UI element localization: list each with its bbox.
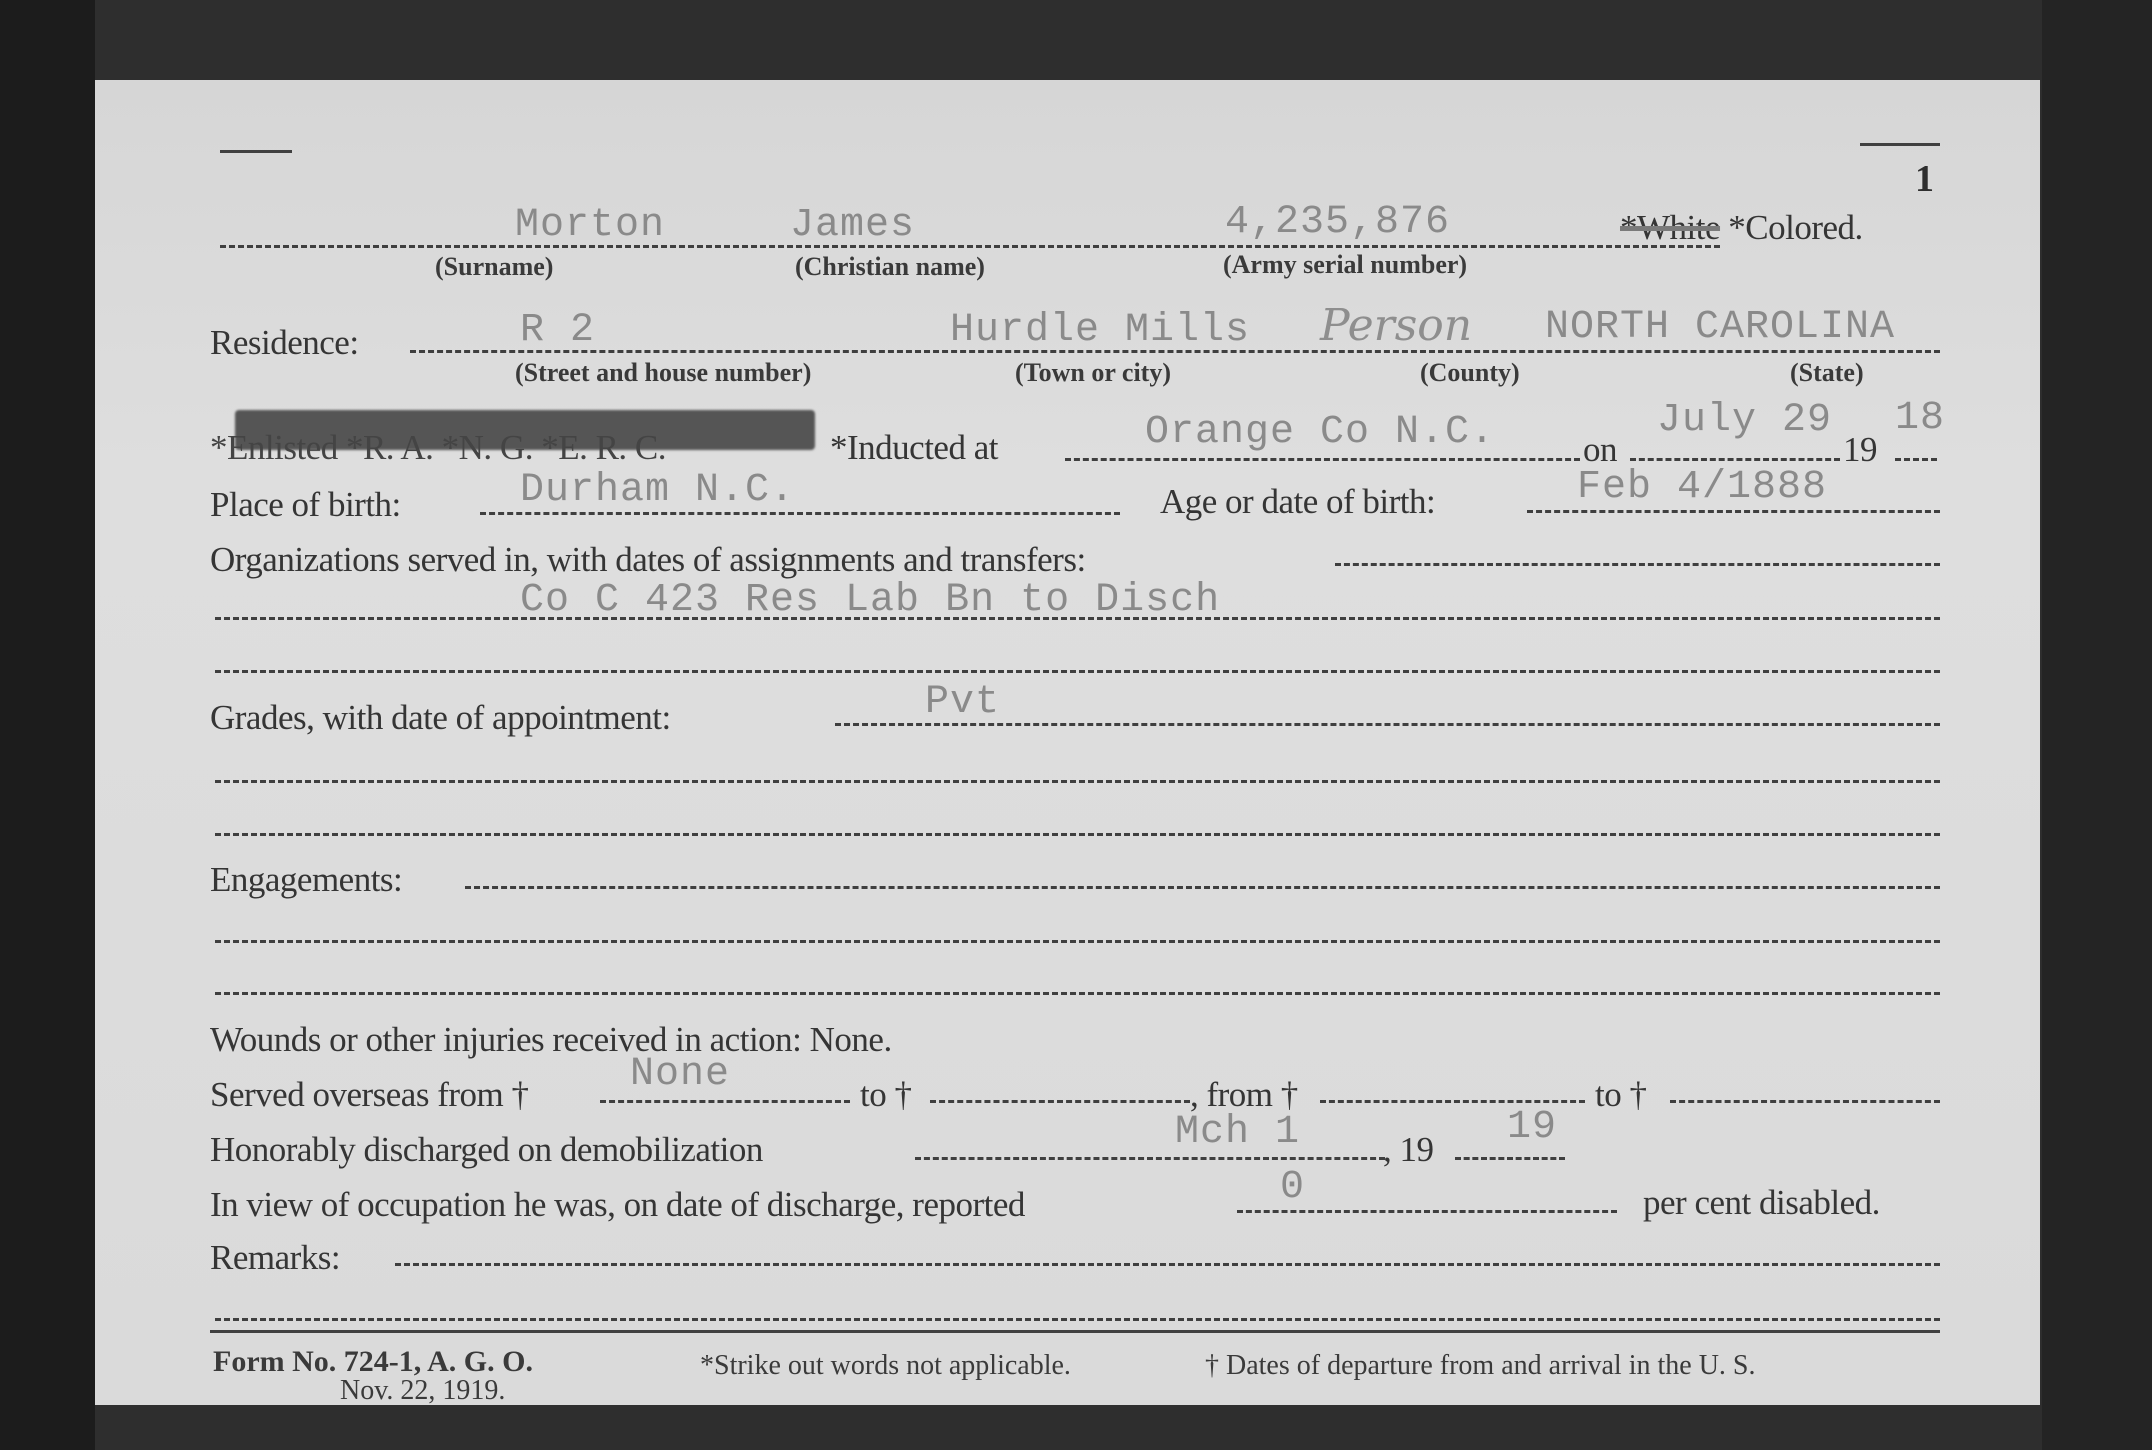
year-line [1895, 458, 1937, 461]
discharge-date-line [915, 1157, 1385, 1160]
disability-value: 0 [1280, 1165, 1305, 1210]
grades-label: Grades, with date of appointment: [210, 698, 671, 738]
residence-label: Residence: [210, 323, 359, 363]
date-of-birth-line [1527, 510, 1940, 513]
corner-mark-right [1860, 143, 1940, 146]
organizations-line-2 [215, 617, 1940, 620]
overseas-to-label: to † [860, 1075, 911, 1115]
race-white-struck: *White [1620, 208, 1720, 247]
overseas-from2-line [1320, 1100, 1585, 1103]
on-label: on [1583, 430, 1617, 470]
overseas-from-line [600, 1100, 850, 1103]
street-caption: (Street and house number) [515, 358, 811, 388]
town-caption: (Town or city) [1015, 358, 1171, 388]
grades-line-3 [215, 833, 1940, 836]
surname-caption: (Surname) [435, 252, 553, 282]
surname-value: Morton [515, 203, 665, 248]
discharge-year-prefix: , 19 [1383, 1130, 1434, 1170]
form-date: Nov. 22, 1919. [340, 1375, 505, 1407]
overseas-to2-line [1670, 1100, 1940, 1103]
grades-value: Pvt [925, 680, 1000, 725]
form-number: Form No. 724-1, A. G. O. [213, 1345, 533, 1379]
inducted-at-value: Orange Co N.C. [1145, 410, 1495, 455]
christian-caption: (Christian name) [795, 252, 985, 282]
organizations-line-1 [1335, 563, 1940, 566]
scan-border-left [0, 0, 95, 1450]
remarks-line-1 [395, 1263, 1940, 1266]
state-caption: (State) [1790, 358, 1864, 388]
residence-street-value: R 2 [520, 308, 595, 353]
enlisted-label-redacted: *Enlisted *R. A. *N. G. *E. R. C. [210, 428, 666, 468]
service-record-card: 1 Morton James 4,235,876 *White *Colored… [95, 80, 2040, 1405]
overseas-from-label: Served overseas from † [210, 1075, 528, 1115]
strike-note: *Strike out words not applicable. [700, 1350, 1071, 1382]
remarks-label: Remarks: [210, 1238, 340, 1278]
inducted-line [1065, 458, 1580, 461]
engagements-line-1 [465, 886, 1940, 889]
residence-county-value: Person [1320, 300, 1472, 351]
race-options: *White *Colored. [1620, 208, 1863, 248]
engagements-label: Engagements: [210, 860, 402, 900]
induction-year-value: 18 [1895, 396, 1945, 441]
inducted-at-label: *Inducted at [830, 428, 998, 468]
dates-note: † Dates of departure from and arrival in… [1205, 1350, 1755, 1382]
engagements-line-3 [215, 992, 1940, 995]
discharge-year-value: 19 [1507, 1105, 1557, 1150]
wounds-label: Wounds or other injuries received in act… [210, 1020, 892, 1060]
place-of-birth-value: Durham N.C. [520, 468, 795, 513]
disability-suffix: per cent disabled. [1643, 1183, 1880, 1223]
age-label: Age or date of birth: [1160, 482, 1435, 522]
disability-label: In view of occupation he was, on date of… [210, 1185, 1025, 1225]
footer-divider [210, 1330, 1940, 1333]
residence-line [410, 350, 1940, 353]
remarks-line-2 [215, 1318, 1940, 1321]
overseas-to2-label: to † [1595, 1075, 1646, 1115]
residence-town-value: Hurdle Mills [950, 308, 1250, 353]
corner-mark-left [220, 150, 292, 153]
overseas-from2-label: , from † [1190, 1075, 1298, 1115]
christian-name-value: James [790, 203, 915, 248]
induction-date-value: July 29 [1657, 398, 1832, 443]
name-line [220, 245, 1720, 248]
scan-border-right [2042, 0, 2152, 1450]
induction-date-line [1630, 458, 1840, 461]
disability-line [1237, 1210, 1617, 1213]
place-of-birth-line [480, 512, 1120, 515]
serial-caption: (Army serial number) [1223, 250, 1467, 280]
race-colored: *Colored. [1728, 208, 1863, 247]
residence-state-value: NORTH CAROLINA [1545, 305, 1895, 350]
overseas-to-line [930, 1100, 1190, 1103]
grades-line-1 [835, 723, 1940, 726]
organizations-line-3 [215, 670, 1940, 673]
serial-number-value: 4,235,876 [1225, 200, 1450, 245]
organizations-label: Organizations served in, with dates of a… [210, 540, 1086, 580]
grades-line-2 [215, 780, 1940, 783]
county-caption: (County) [1420, 358, 1520, 388]
discharge-label: Honorably discharged on demobilization [210, 1130, 763, 1170]
place-of-birth-label: Place of birth: [210, 485, 401, 525]
page-number: 1 [1915, 157, 1934, 201]
overseas-from-value: None [630, 1052, 730, 1097]
discharge-date-value: Mch 1 [1175, 1110, 1300, 1155]
discharge-year-line [1455, 1157, 1565, 1160]
engagements-line-2 [215, 940, 1940, 943]
year-prefix: 19 [1843, 430, 1877, 470]
date-of-birth-value: Feb 4/1888 [1577, 465, 1827, 510]
